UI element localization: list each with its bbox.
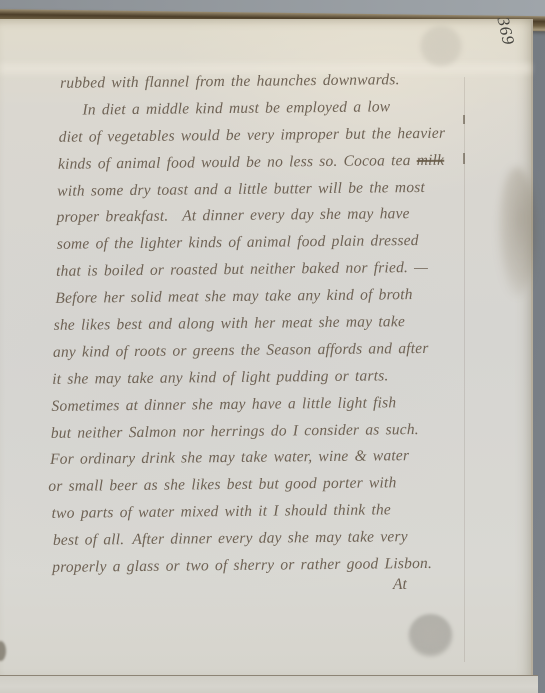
catchword: At — [393, 576, 407, 594]
handwritten-line: properly a glass or two of sherry or rat… — [52, 550, 521, 582]
underlying-page-edge — [0, 675, 538, 693]
paper-stain — [419, 25, 463, 67]
struck-word: milk — [417, 151, 445, 168]
manuscript-photo: 369 rubbed with flannel from the haunche… — [0, 0, 545, 693]
fingerprint-stain — [408, 614, 453, 658]
edge-mark — [0, 641, 6, 661]
handwritten-text-block: rubbed with flannel from the haunches do… — [38, 66, 521, 582]
